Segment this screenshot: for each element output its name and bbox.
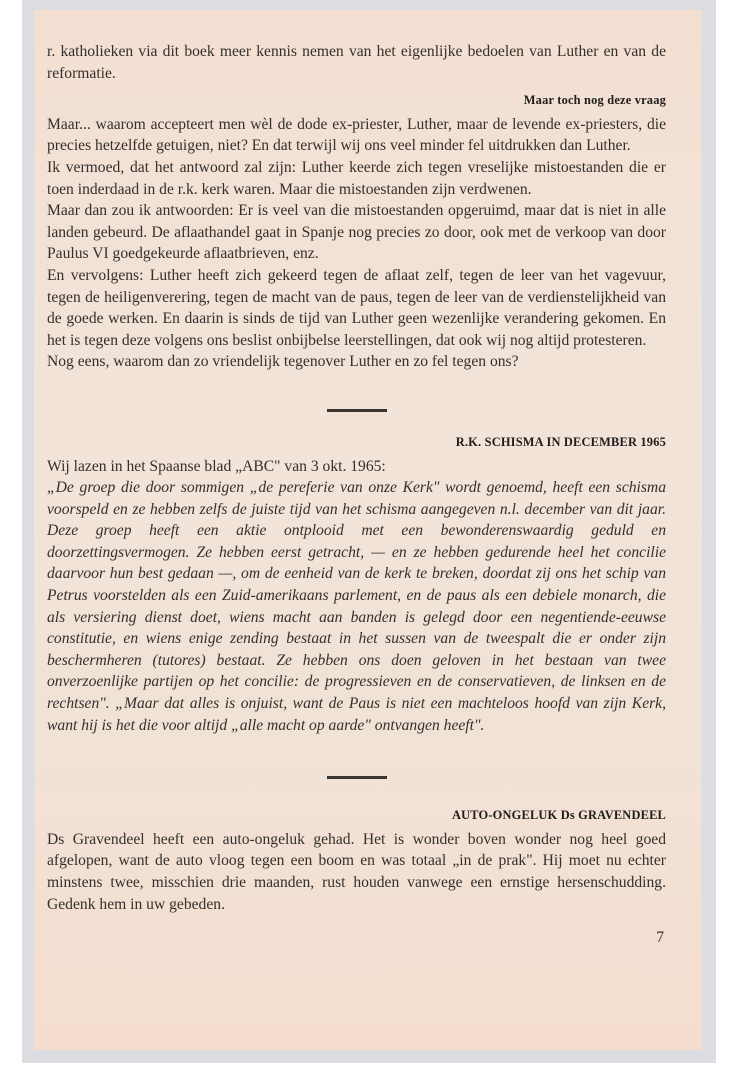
paragraph: Ds Gravendeel heeft een auto-ongeluk geh… xyxy=(47,829,666,915)
section-divider xyxy=(327,776,387,779)
paragraph: En vervolgens: Luther heeft zich gekeerd… xyxy=(47,265,666,351)
intro-paragraph: r. katholieken via dit boek meer kennis … xyxy=(47,41,666,84)
quote-paragraph: „De groep die door sommigen „de pereferi… xyxy=(47,477,666,736)
section-heading-vraag: Maar toch nog deze vraag xyxy=(47,90,666,112)
document-page: r. katholieken via dit boek meer kennis … xyxy=(34,10,702,1050)
paragraph: Nog eens, waarom dan zo vriendelijk tege… xyxy=(47,351,666,373)
section-heading-schisma: R.K. SCHISMA IN DECEMBER 1965 xyxy=(47,432,666,454)
section-divider xyxy=(327,409,387,412)
section-heading-auto-ongeluk: AUTO-ONGELUK Ds GRAVENDEEL xyxy=(47,805,666,827)
paragraph: Ik vermoed, dat het antwoord zal zijn: L… xyxy=(47,157,666,200)
paragraph: Wij lazen in het Spaanse blad „ABC" van … xyxy=(47,456,666,478)
paragraph: Maar... waarom accepteert men wèl de dod… xyxy=(47,114,666,157)
page-content: r. katholieken via dit boek meer kennis … xyxy=(47,41,666,949)
paragraph: Maar dan zou ik antwoorden: Er is veel v… xyxy=(47,200,666,265)
page-number: 7 xyxy=(47,927,666,949)
